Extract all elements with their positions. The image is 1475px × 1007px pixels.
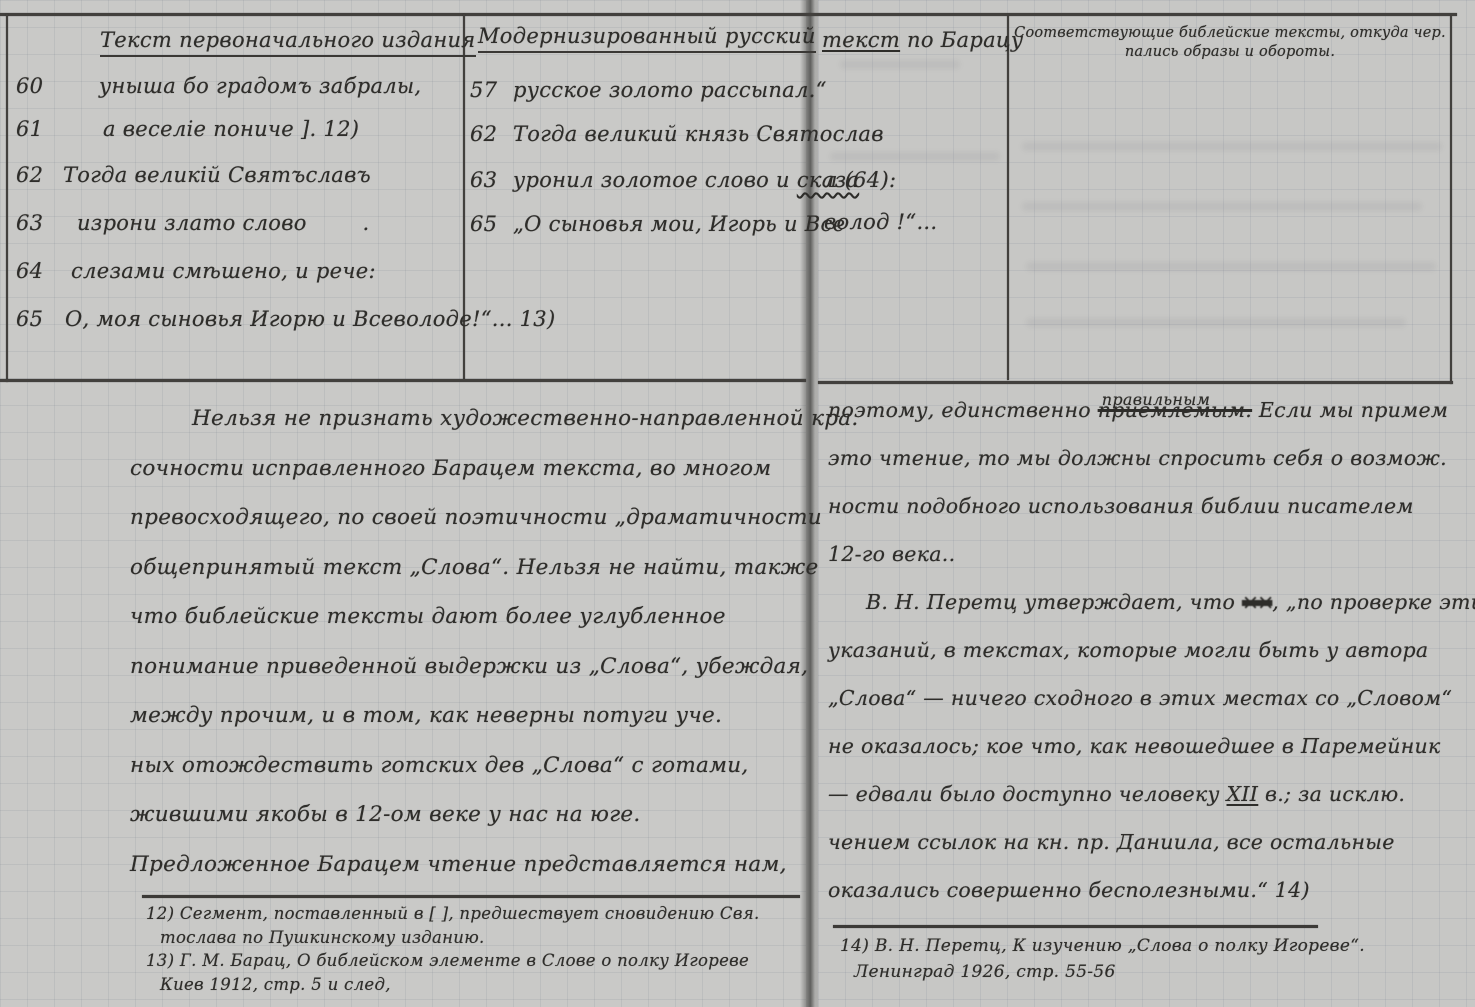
body-line: это чтение, то мы должны спросить себя о… <box>828 434 1470 482</box>
table-row: 61 а веселіе пониче ]. 12) <box>16 117 359 141</box>
table-border-top <box>0 13 1457 16</box>
body-line: — едвали было доступно человеку XII в.; … <box>828 770 1470 818</box>
footnote-line: 12) Сегмент, поставленный в [ ], предшес… <box>146 902 816 926</box>
bleedthrough-smudge <box>840 60 960 69</box>
body-line: превосходящего, по своей поэтичности „др… <box>130 493 820 543</box>
body-line: что библейские тексты дают более углубле… <box>130 592 820 642</box>
column-header-line2: пались образы и обороты. <box>1014 43 1446 62</box>
body-line: жившими якобы в 12-ом веке у нас на юге. <box>130 790 820 840</box>
column-header-bible-sources: Соответствующие библейские тексты, откуд… <box>1014 24 1446 62</box>
verse-text: Тогда великій Святъславъ <box>63 163 371 187</box>
footnote-rule-left <box>142 895 800 898</box>
body-line: В. Н. Перетц утверждает, что ××, „по про… <box>828 578 1470 626</box>
verse-text: уныша бо градомъ забралы, <box>99 74 421 98</box>
verse-text: а веселіе пониче ]. 12) <box>103 117 359 141</box>
bleedthrough-smudge <box>1022 142 1442 151</box>
overflow-text-row63: л (64): <box>824 168 896 192</box>
body-line: не оказалось; кое что, как невошедшее в … <box>828 722 1470 770</box>
verse-number: 57 <box>470 78 500 102</box>
verse-text: изрони злато слово . <box>77 211 370 235</box>
verse-text: „О сыновья мои, Игорь и Все <box>513 212 845 236</box>
column-header-label: Текст первоначального издания <box>100 28 476 57</box>
verse-text: русское золото рассыпал.“ <box>513 78 827 102</box>
table-row: 62 Тогда великий князь Святослав <box>470 122 884 146</box>
table-row: 65 О, моя сыновья Игорю и Всеволоде!“...… <box>16 307 555 331</box>
body-line: понимание приведенной выдержки из „Слова… <box>130 642 820 692</box>
body-text-left: Нельзя не признать художественно-направл… <box>130 394 820 889</box>
bleedthrough-smudge <box>1026 318 1406 327</box>
verse-number: 63 <box>16 211 46 235</box>
body-line: Нельзя не признать художественно-направл… <box>130 394 820 444</box>
footnote-line: Киев 1912, стр. 5 и след, <box>146 973 816 997</box>
table-row: 62 Тогда великій Святъславъ <box>16 163 371 187</box>
table-divider-col3-col4 <box>1007 16 1009 380</box>
verse-number: 63 <box>470 168 500 192</box>
body-line: оказались совершенно бесполезными.“ 14) <box>828 866 1470 914</box>
verse-number: 62 <box>470 122 500 146</box>
verse-text: О, моя сыновья Игорю и Всеволоде!“... 13… <box>65 307 555 331</box>
table-row: 63 изрони злато слово . <box>16 211 369 235</box>
verse-text: уронил золотое слово и сказа <box>513 168 859 192</box>
footnote-line: 14) В. Н. Перетц, К изучению „Слова о по… <box>840 933 1460 959</box>
verse-number: 62 <box>16 163 46 187</box>
table-row: 57 русское золото рассыпал.“ <box>470 78 827 102</box>
table-border-bottom-left <box>0 379 806 382</box>
footnotes-right: 14) В. Н. Перетц, К изучению „Слова о по… <box>840 933 1460 985</box>
body-line: между прочим, и в том, как неверны потуг… <box>130 691 820 741</box>
column-header-label: Модернизированный русский <box>478 24 816 53</box>
footnote-line: тослава по Пушкинскому изданию. <box>146 926 816 950</box>
body-line: ных отождествить готских дев „Слова“ с г… <box>130 741 820 791</box>
bleedthrough-smudge <box>830 152 1000 161</box>
column-header-label: текст по Барацу <box>822 28 1023 52</box>
verse-number: 60 <box>16 74 46 98</box>
verse-text: слезами смѣшено, и рече: <box>71 259 376 283</box>
body-line: Предложенное Барацем чтение представляет… <box>130 840 820 890</box>
body-line: 12-го века.. <box>828 530 1470 578</box>
footnote-line: Ленинград 1926, стр. 55-56 <box>840 959 1460 985</box>
body-text-right: поэтому, единственно приемлемым.правильн… <box>828 386 1470 914</box>
body-line: общепринятый текст „Слова“. Нельзя не на… <box>130 543 820 593</box>
column-header-baraz-text: текст по Барацу <box>822 28 1012 52</box>
column-header-modernized-russian: Модернизированный русский <box>478 24 783 48</box>
body-line: указаний, в текстах, которые могли быть … <box>828 626 1470 674</box>
table-row: 63 уронил золотое слово и сказа <box>470 168 859 192</box>
manuscript-scan: Текст первоначального издания Модернизир… <box>0 0 1475 1007</box>
verse-number: 65 <box>470 212 500 236</box>
table-border-left <box>6 14 8 382</box>
verse-number: 65 <box>16 307 46 331</box>
body-line: чением ссылок на кн. пр. Даниила, все ос… <box>828 818 1470 866</box>
bleedthrough-smudge <box>1026 262 1436 271</box>
table-border-right <box>1450 16 1452 384</box>
footnote-rule-right <box>833 925 1318 928</box>
verse-number: 64 <box>16 259 46 283</box>
bleedthrough-smudge <box>1022 202 1422 211</box>
body-line: сочности исправленного Барацем текста, в… <box>130 444 820 494</box>
column-header-original-text: Текст первоначального издания <box>100 28 430 52</box>
body-line: ности подобного использования библии пис… <box>828 482 1470 530</box>
footnote-line: 13) Г. М. Барац, О библейском элементе в… <box>146 949 816 973</box>
verse-number: 61 <box>16 117 46 141</box>
column-header-line1: Соответствующие библейские тексты, откуд… <box>1014 24 1446 43</box>
overflow-text-row65: волод !“... <box>824 210 937 234</box>
footnotes-left: 12) Сегмент, поставленный в [ ], предшес… <box>146 902 816 996</box>
body-line: поэтому, единственно приемлемым.правильн… <box>828 386 1470 434</box>
table-row: 65 „О сыновья мои, Игорь и Все <box>470 212 845 236</box>
table-row: 60 уныша бо градомъ забралы, <box>16 74 421 98</box>
verse-text: Тогда великий князь Святослав <box>513 122 884 146</box>
body-line: „Слова“ — ничего сходного в этих местах … <box>828 674 1470 722</box>
table-row: 64 слезами смѣшено, и рече: <box>16 259 376 283</box>
